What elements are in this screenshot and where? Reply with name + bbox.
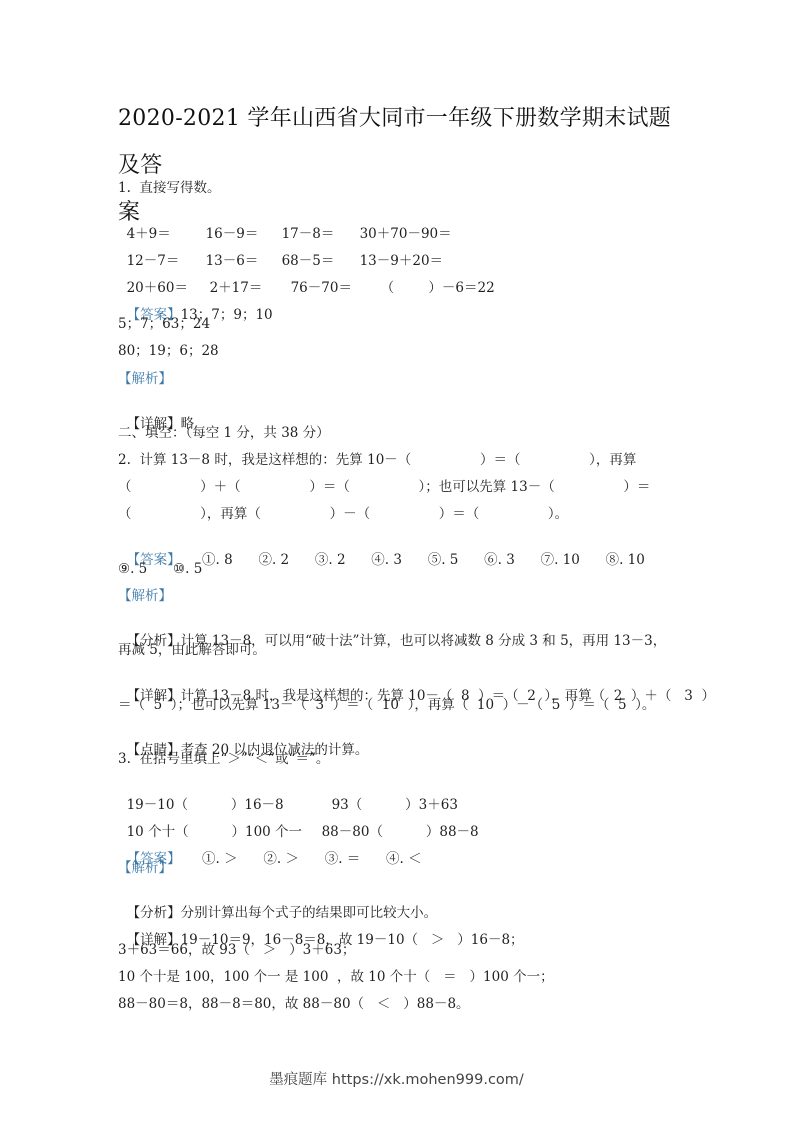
q2-line-2: （ ）＋（ ）＝（ ）；也可以先算 13－（ ）＝ bbox=[118, 478, 650, 496]
answer-text: ①. 8 ②. 2 ③. 2 ④. 3 ⑤. 5 ⑥. 3 ⑦. 10 ⑧. 1… bbox=[181, 552, 645, 568]
q1-answer-line-2: 5；7；63；24 bbox=[118, 315, 210, 333]
q3-heading: 3. 在括号里填上“＞”“＜”或“＝”。 bbox=[118, 750, 329, 768]
q2-line-3: （ ），再算（ ）－（ ）＝（ ）。 bbox=[118, 505, 568, 523]
q1-heading: 1. 直接写得数。 bbox=[118, 179, 220, 197]
section-2-heading: 二、填空：（每空 1 分，共 38 分） bbox=[118, 424, 330, 442]
q1-expr: 76－70＝ bbox=[291, 279, 381, 297]
q1-analysis-label: 【解析】 bbox=[118, 370, 172, 388]
q3-detail-line-4: 88－80＝8，88－8＝80，故 88－80（ ＜ ）88－8。 bbox=[118, 995, 470, 1013]
title-line-1: 2020-2021 学年山西省大同市一年级下册数学期末试题及答 bbox=[118, 95, 688, 189]
q2-detail-line-2: ＝（ 5 ）；也可以先算 13－（ 3 ）＝（ 10 ），再算（ 10 ）－（ … bbox=[118, 696, 655, 714]
q2-analysis-label: 【解析】 bbox=[118, 587, 172, 605]
q2-answer-line-2: ⑨. 5 ⑩. 5 bbox=[118, 560, 202, 578]
q3-analysis-label: 【解析】 bbox=[118, 859, 172, 877]
q3-detail-line-3: 10 个十是 100，100 个一 是 100 ，故 10 个十（ ＝ ）100… bbox=[118, 968, 554, 986]
q2-fenxi-line-2: 再减 5，由此解答即可。 bbox=[118, 641, 266, 659]
q3-detail-line-2: 3＋63＝66，故 93（ ＞ ）3＋63； bbox=[118, 941, 355, 959]
answer-text: ①. ＞ ②. ＞ ③. ＝ ④. ＜ bbox=[181, 851, 422, 867]
q1-expr: （ ）－6＝22 bbox=[381, 279, 495, 297]
footer-watermark: 墨痕题库 https://xk.mohen999.com/ bbox=[0, 1068, 793, 1089]
q2-line-1: 2. 计算 13－8 时，我是这样想的：先算 10－（ ）＝（ ），再算 bbox=[118, 451, 636, 469]
q1-answer-line-3: 80；19；6；28 bbox=[118, 342, 219, 360]
